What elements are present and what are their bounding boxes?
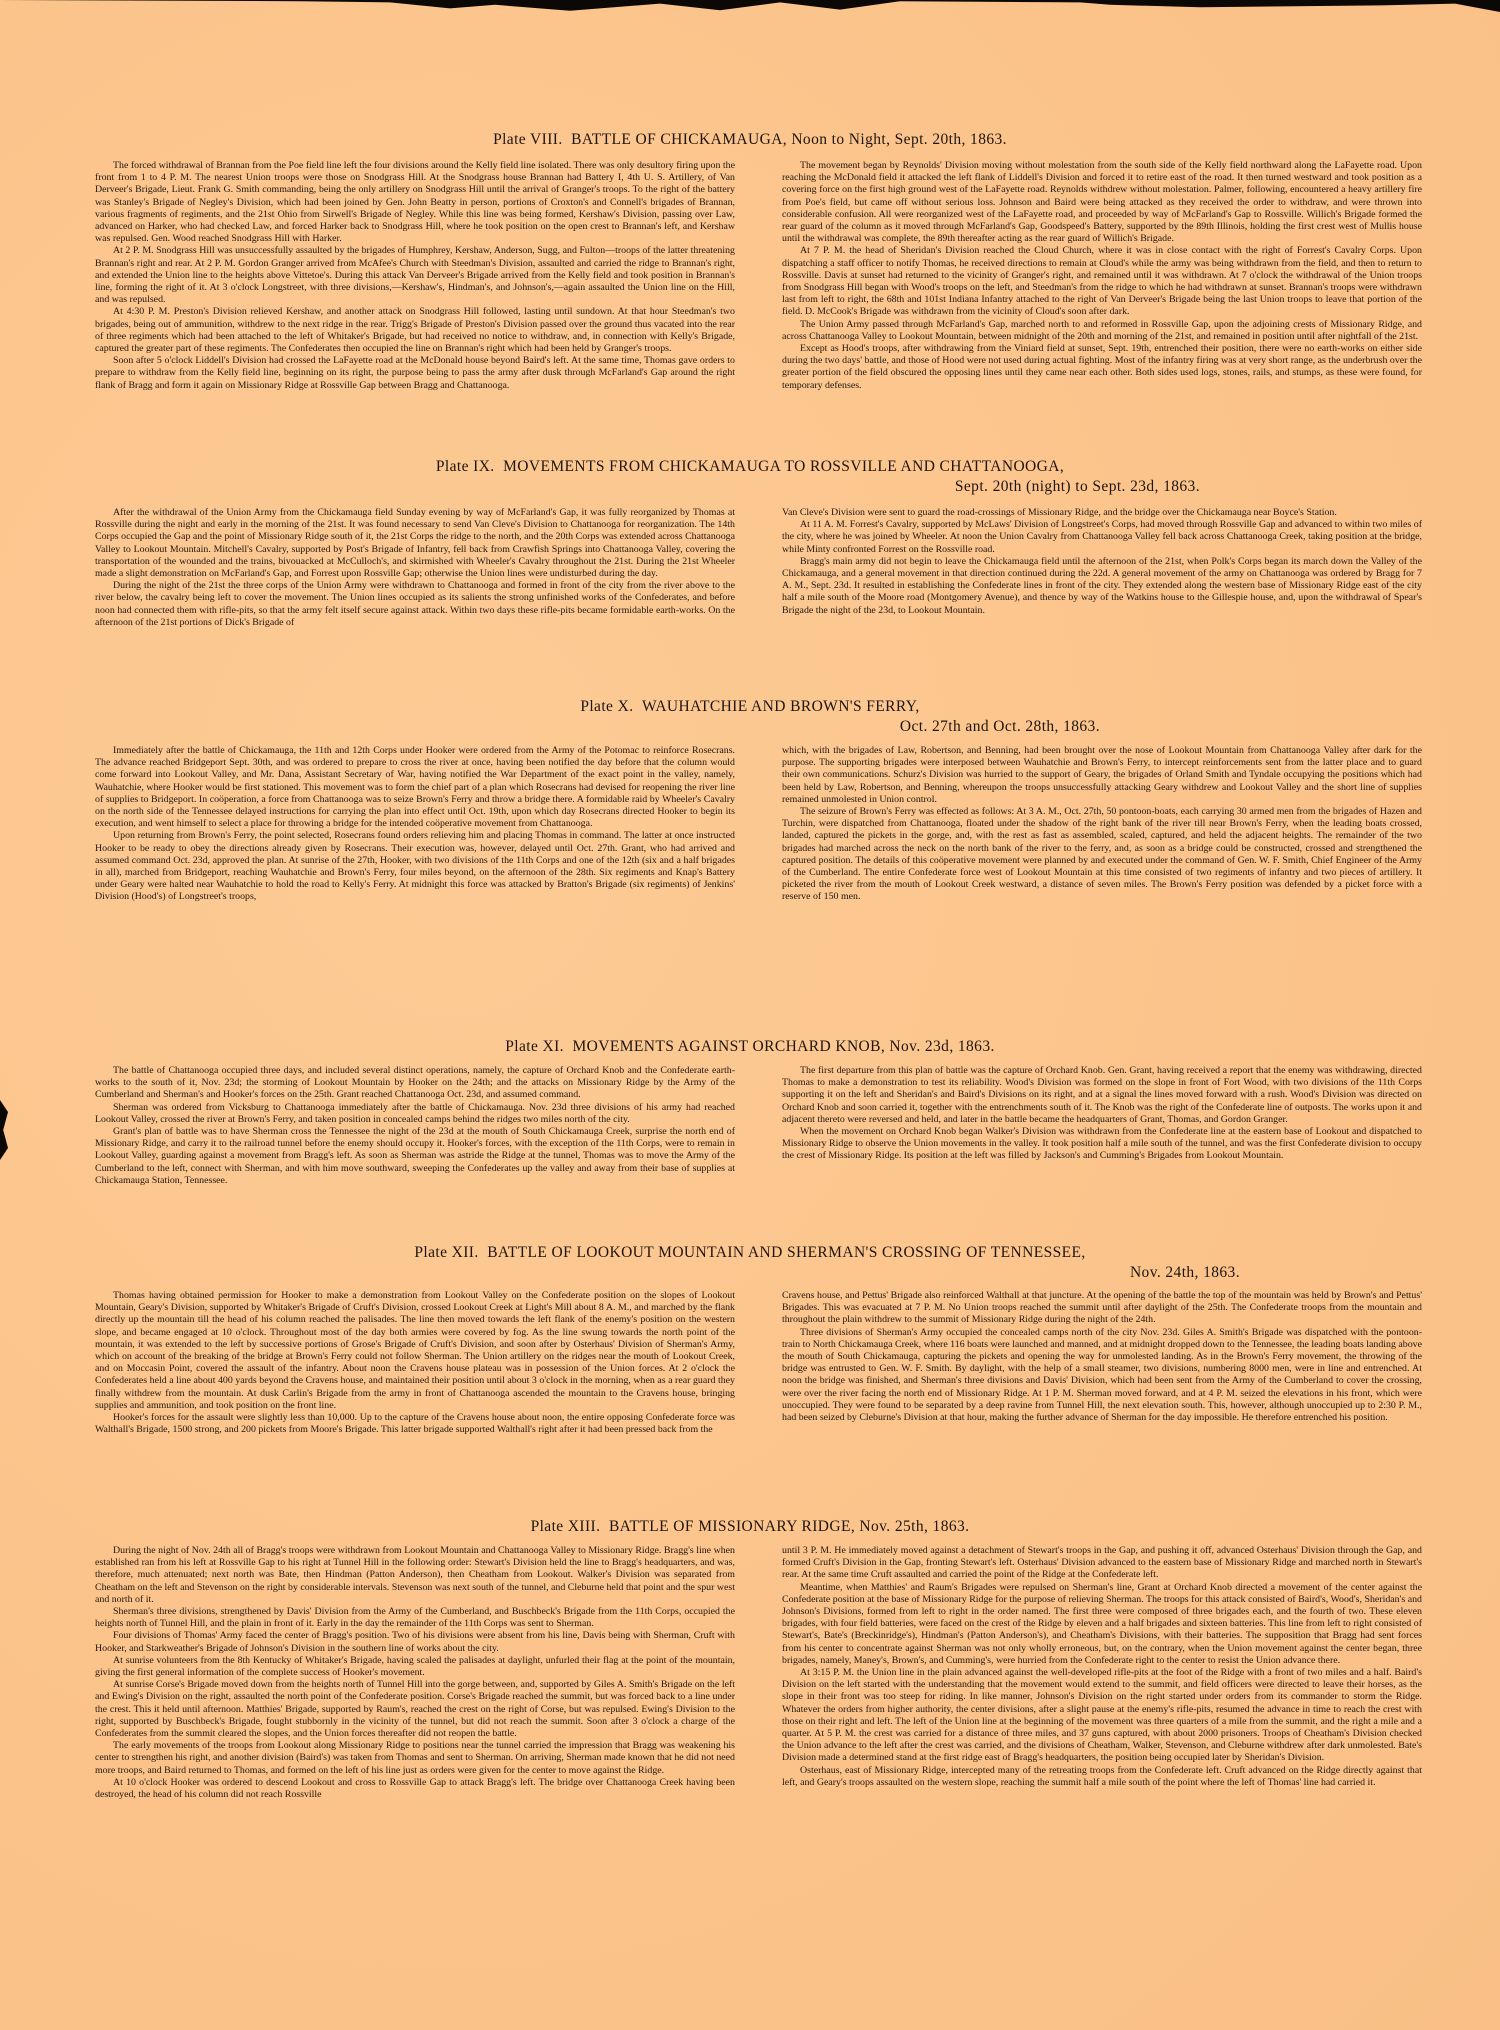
plate-title: Plate IX. MOVEMENTS FROM CHICKAMAUGA TO … [300,457,1200,477]
paragraph: At 2 P. M. Snodgrass Hill was unsuccessf… [95,245,735,306]
plate-date: Nov. 24th, 1863. [260,1263,1240,1283]
text-column-right: Cravens house, and Pettus' Brigade also … [782,1290,1422,1424]
paragraph: Hooker's forces for the assault were sli… [95,1412,735,1436]
paragraph: At 3:15 P. M. the Union line in the plai… [782,1667,1422,1765]
plate-heading: Plate XIII. BATTLE OF MISSIONARY RIDGE, … [330,1517,1170,1537]
plate-title: Plate XI. MOVEMENTS AGAINST ORCHARD KNOB… [370,1037,1130,1057]
paragraph: During the night of the 21st the three c… [95,580,735,629]
paragraph: The battle of Chattanooga occupied three… [95,1065,735,1102]
text-column-left: After the withdrawal of the Union Army f… [95,507,735,629]
plate-title: Plate XIII. BATTLE OF MISSIONARY RIDGE, … [330,1517,1170,1537]
plate-title-text: BATTLE OF LOOKOUT MOUNTAIN AND SHERMAN'S… [479,1244,1086,1261]
text-column-right: Van Cleve's Division were sent to guard … [782,507,1422,617]
plate-number: Plate X. [580,698,633,715]
plate-number: Plate XI. [505,1038,564,1055]
text-column-right: The movement began by Reynolds' Division… [782,160,1422,392]
paragraph: During the night of Nov. 24th all of Bra… [95,1545,735,1606]
paragraph: Sherman was ordered from Vicksburg to Ch… [95,1102,735,1126]
paragraph: which, with the brigades of Law, Roberts… [782,745,1422,806]
paragraph: The early movements of the troops from L… [95,1740,735,1777]
paragraph: At sunrise volunteers from the 8th Kentu… [95,1655,735,1679]
paragraph: Grant's plan of battle was to have Sherm… [95,1126,735,1187]
paragraph: At 10 o'clock Hooker was ordered to desc… [95,1777,735,1801]
plate-date: Sept. 20th (night) to Sept. 23d, 1863. [300,477,1200,497]
paragraph: Meantime, when Matthies' and Raum's Brig… [782,1582,1422,1667]
plate-heading: Plate VIII. BATTLE OF CHICKAMAUGA, Noon … [300,130,1200,150]
plate-number: Plate VIII. [493,131,563,148]
plate-date: Oct. 27th and Oct. 28th, 1863. [400,717,1100,737]
paragraph: At 7 P. M. the head of Sheridan's Divisi… [782,245,1422,318]
paragraph: Soon after 5 o'clock Liddell's Division … [95,355,735,392]
paragraph: The forced withdrawal of Brannan from th… [95,160,735,245]
paragraph: until 3 P. M. He immediately moved again… [782,1545,1422,1582]
text-column-right: until 3 P. M. He immediately moved again… [782,1545,1422,1789]
plate-number: Plate IX. [436,458,495,475]
paragraph: At 4:30 P. M. Preston's Division relieve… [95,306,735,355]
text-column-left: During the night of Nov. 24th all of Bra… [95,1545,735,1801]
paragraph: After the withdrawal of the Union Army f… [95,507,735,580]
plate-title: Plate VIII. BATTLE OF CHICKAMAUGA, Noon … [300,130,1200,150]
plate-number: Plate XIII. [531,1518,601,1535]
paragraph: Osterhaus, east of Missionary Ridge, int… [782,1765,1422,1789]
paragraph: Thomas having obtained permission for Ho… [95,1290,735,1412]
plate-heading: Plate X. WAUHATCHIE AND BROWN'S FERRY,Oc… [400,697,1100,737]
paragraph: Four divisions of Thomas' Army faced the… [95,1630,735,1654]
paragraph: Upon returning from Brown's Ferry, the p… [95,830,735,903]
torn-page-edge-left [0,1100,8,1160]
plate-title-text: BATTLE OF MISSIONARY RIDGE, Nov. 25th, 1… [600,1518,969,1535]
paragraph: Bragg's main army did not begin to leave… [782,556,1422,617]
paragraph: The first departure from this plan of ba… [782,1065,1422,1126]
plate-title: Plate XII. BATTLE OF LOOKOUT MOUNTAIN AN… [260,1243,1240,1263]
plate-title-text: MOVEMENTS FROM CHICKAMAUGA TO ROSSVILLE … [495,458,1065,475]
paragraph: When the movement on Orchard Knob began … [782,1126,1422,1163]
paragraph: At sunrise Corse's Brigade moved down fr… [95,1679,735,1740]
paragraph: Immediately after the battle of Chickama… [95,745,735,830]
paragraph: Sherman's three divisions, strengthened … [95,1606,735,1630]
text-column-left: Immediately after the battle of Chickama… [95,745,735,904]
plate-title: Plate X. WAUHATCHIE AND BROWN'S FERRY, [400,697,1100,717]
paragraph: The seizure of Brown's Ferry was effecte… [782,806,1422,904]
plate-number: Plate XII. [414,1244,478,1261]
paragraph: At 11 A. M. Forrest's Cavalry, supported… [782,519,1422,556]
text-column-right: The first departure from this plan of ba… [782,1065,1422,1163]
text-column-left: The battle of Chattanooga occupied three… [95,1065,735,1187]
plate-heading: Plate IX. MOVEMENTS FROM CHICKAMAUGA TO … [300,457,1200,497]
paragraph: Three divisions of Sherman's Army occupi… [782,1327,1422,1425]
paragraph: Van Cleve's Division were sent to guard … [782,507,1422,519]
plate-title-text: WAUHATCHIE AND BROWN'S FERRY, [633,698,919,715]
text-column-left: The forced withdrawal of Brannan from th… [95,160,735,392]
plate-heading: Plate XI. MOVEMENTS AGAINST ORCHARD KNOB… [370,1037,1130,1057]
torn-page-edge [0,0,1500,12]
text-column-left: Thomas having obtained permission for Ho… [95,1290,735,1436]
plate-heading: Plate XII. BATTLE OF LOOKOUT MOUNTAIN AN… [260,1243,1240,1283]
paragraph: Except as Hood's troops, after withdrawi… [782,343,1422,392]
plate-title-text: MOVEMENTS AGAINST ORCHARD KNOB, Nov. 23d… [564,1038,995,1055]
plate-title-text: BATTLE OF CHICKAMAUGA, Noon to Night, Se… [563,131,1007,148]
paragraph: Cravens house, and Pettus' Brigade also … [782,1290,1422,1327]
paragraph: The Union Army passed through McFarland'… [782,319,1422,343]
paragraph: The movement began by Reynolds' Division… [782,160,1422,245]
text-column-right: which, with the brigades of Law, Roberts… [782,745,1422,904]
